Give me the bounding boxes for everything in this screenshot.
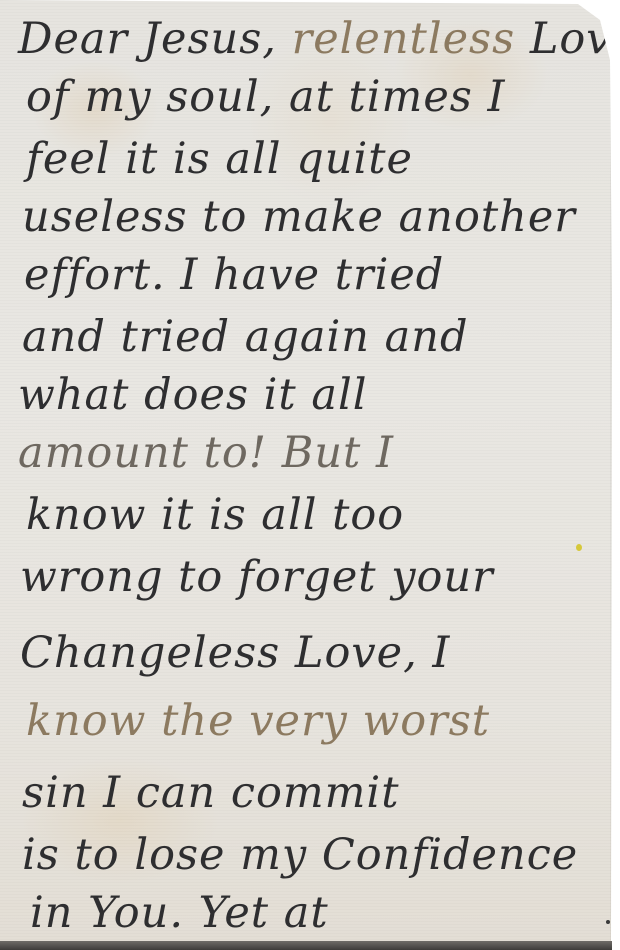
line-1-tail: Lover [530, 14, 620, 64]
card-bottom-edge [0, 941, 612, 950]
text-line-10: wrong to forget your [20, 556, 494, 599]
text-line-13: sin I can commit [22, 772, 399, 815]
text-line-9: know it is all too [26, 494, 404, 537]
scan-background [612, 0, 620, 950]
text-line-4: useless to make another [22, 196, 576, 239]
text-line-3: feel it is all quite [26, 138, 413, 181]
text-line-15: in You. Yet at [30, 892, 329, 935]
text-line-1: Dear Jesus, relentless Lover [18, 18, 620, 61]
text-line-11: Changeless Love, I [20, 632, 450, 675]
ink-speck-mark [606, 920, 610, 924]
text-line-5: effort. I have tried [24, 254, 444, 297]
greeting: Dear Jesus, [18, 14, 277, 64]
text-line-8: amount to! But I [18, 432, 394, 475]
faded-word: relentless [292, 14, 516, 64]
note-card: Dear Jesus, relentless Lover of my soul,… [0, 0, 612, 943]
yellow-spot-mark [576, 544, 582, 551]
text-line-14: is to lose my Confidence [22, 834, 578, 877]
text-line-12: know the very worst [26, 700, 490, 743]
text-line-2: of my soul, at times I [26, 76, 506, 119]
text-line-6: and tried again and [22, 316, 469, 359]
text-line-7: what does it all [18, 374, 368, 417]
